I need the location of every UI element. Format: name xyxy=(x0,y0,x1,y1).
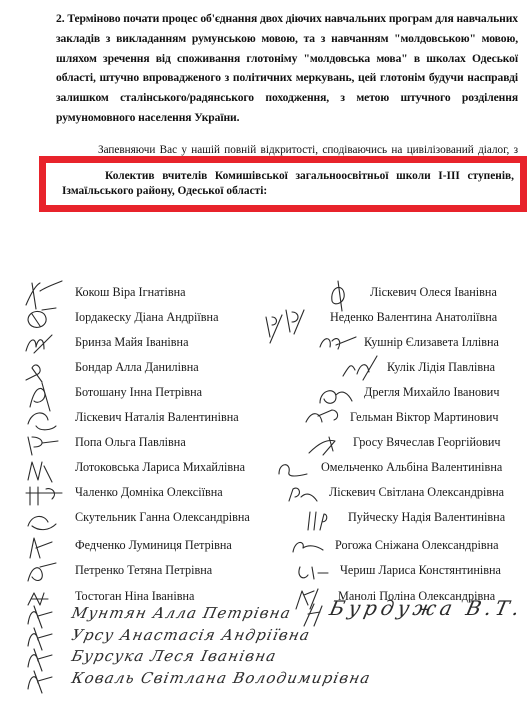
highlight-box: Колектив вчителів Комишівської загальноо… xyxy=(39,156,527,212)
signatory-name-left: Федченко Луминиця Петрівна xyxy=(75,538,232,553)
signatory-name-left: Іордакеску Діана Андріївна xyxy=(75,310,219,325)
signatory-heading: Колектив вчителів Комишівської загальноо… xyxy=(62,169,514,198)
signatory-name-right: Пуйческу Надія Валентинівна xyxy=(348,510,505,525)
handwritten-signatory-right: Бурдужа В.Т. xyxy=(327,596,525,620)
signature-mark xyxy=(300,600,344,630)
handwritten-signatory: Урсу Анастасія Андріївна xyxy=(70,626,312,644)
signatory-name-left: Ботошану Інна Петрівна xyxy=(75,385,202,400)
signature-mark xyxy=(22,506,66,536)
handwritten-signatory: Бурсука Леся Іванівна xyxy=(70,647,278,665)
signatory-name-left: Скутельник Ганна Олександрівна xyxy=(75,510,250,525)
signatory-name-right: Кушнір Єлизавета Іллівна xyxy=(364,335,499,350)
signature-mark xyxy=(300,506,344,536)
signatory-name-right: Ліскевич Світлана Олександрівна xyxy=(329,485,504,500)
handwritten-signatory: Мунтян Алла Петрівна xyxy=(70,604,293,622)
signatory-name-right: Гросу Вячеслав Георгійович xyxy=(353,435,501,450)
signatory-name-left: Бринза Майя Іванівна xyxy=(75,335,188,350)
signature-mark xyxy=(22,667,66,697)
signatory-name-left: Чаленко Домніка Олексіївна xyxy=(75,485,223,500)
signatory-name-left: Бондар Алла Данилівна xyxy=(75,360,199,375)
signature-mark xyxy=(262,313,306,343)
signatory-name-right: Чериш Лариса Констянтинівна xyxy=(340,563,501,578)
signatory-name-left: Петренко Тетяна Петрівна xyxy=(75,563,212,578)
signatory-name-right: Дрегля Михайло Іванович xyxy=(364,385,499,400)
signatory-name-right: Неденко Валентина Анатоліївна xyxy=(330,310,497,325)
signatory-name-right: Омельченко Альбіна Валентинівна xyxy=(321,460,502,475)
signatory-name-left: Лотоковська Лариса Михайлівна xyxy=(75,460,245,475)
signature-list: Кокош Віра ІгнатівнаІордакеску Діана Анд… xyxy=(0,260,528,716)
signatory-name-left: Ліскевич Наталія Валентинівна xyxy=(75,410,239,425)
signatory-name-left: Тостоган Ніна Іванівна xyxy=(75,589,194,604)
signatory-name-left: Кокош Віра Ігнатівна xyxy=(75,285,186,300)
signatory-name-left: Попа Ольга Павлівна xyxy=(75,435,186,450)
signatory-name-right: Кулік Лідія Павлівна xyxy=(387,360,495,375)
signatory-name-right: Гельман Віктор Мартинович xyxy=(350,410,499,425)
signatory-name-right: Ліскевич Олеся Іванівна xyxy=(370,285,497,300)
paragraph-item-2: 2. Терміново почати процес об'єднання дв… xyxy=(56,9,518,128)
signature-mark xyxy=(322,281,366,311)
handwritten-signatory: Коваль Світлана Володимирівна xyxy=(70,669,373,687)
signatory-name-right: Рогожа Сніжана Олександрівна xyxy=(335,538,499,553)
